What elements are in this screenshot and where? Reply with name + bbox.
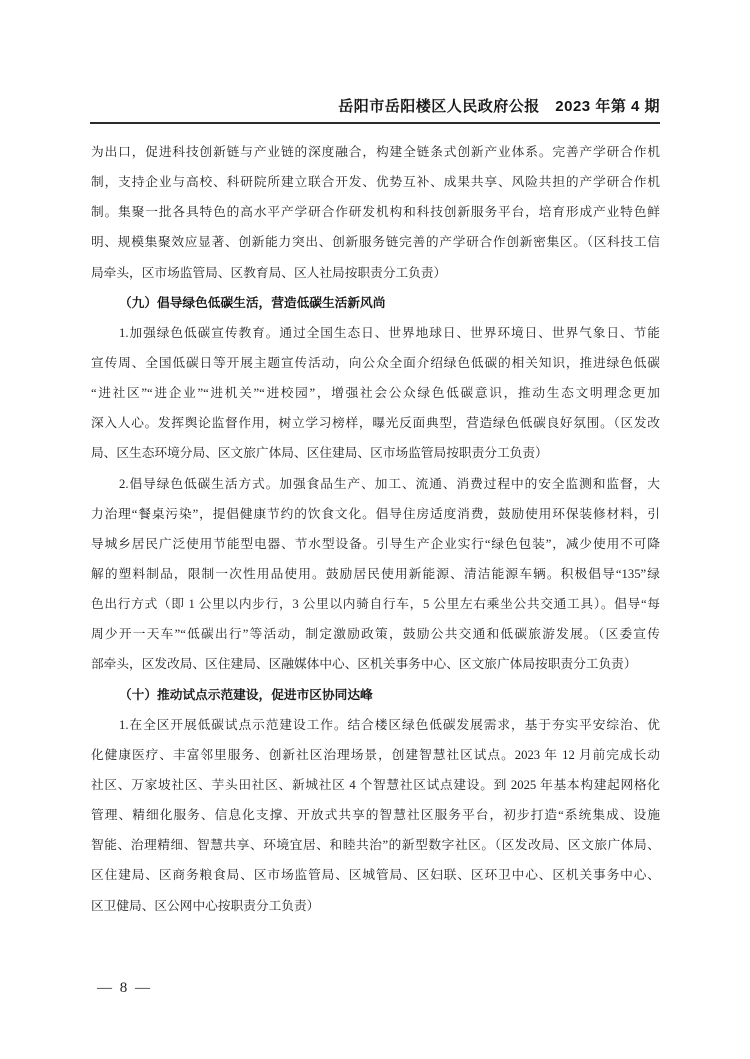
- text-line: 化健康医疗、丰富邻里服务、创新社区治理场景，创建智慧社区试点。2023 年 12…: [91, 740, 660, 770]
- text-line: “进社区”“进企业”“进机关”“进校园”，增强社会公众绿色低碳意识，推动生态文明…: [91, 378, 660, 408]
- text-line: 宣传周、全国低碳日等开展主题宣传活动，向公众全面介绍绿色低碳的相关知识，推进绿色…: [91, 348, 660, 378]
- text-line: 部牵头，区发改局、区住建局、区融媒体中心、区机关事务中心、区文旅广体局按职责分工…: [91, 649, 660, 679]
- page-header-title: 岳阳市岳阳楼区人民政府公报 2023 年第 4 期: [90, 98, 660, 116]
- text-line: 力治理“餐桌污染”，提倡健康节约的饮食文化。倡导住房适度消费，鼓励使用环保装修材…: [91, 499, 660, 529]
- text-line: 深入人心。发挥舆论监督作用，树立学习榜样，曝光反面典型，营造绿色低碳良好氛围。（…: [91, 408, 660, 438]
- text-line: 社区、万家坡社区、芋头田社区、新城社区 4 个智慧社区试点建设。到 2025 年…: [91, 770, 660, 800]
- text-line: 1.加强绿色低碳宣传教育。通过全国生态日、世界地球日、世界环境日、世界气象日、节…: [91, 318, 660, 348]
- text-line: 明、规模集聚效应显著、创新能力突出、创新服务链完善的产学研合作创新密集区。（区科…: [91, 227, 660, 257]
- text-line: 智能、治理精细、智慧共享、环境宜居、和睦共治”的新型数字社区。（区发改局、区文旅…: [91, 830, 660, 860]
- text-line: 解的塑料制品，限制一次性用品使用。鼓励居民使用新能源、清洁能源车辆。积极倡导“1…: [91, 559, 660, 589]
- text-line: （十）推动试点示范建设，促进市区协同达峰: [91, 680, 660, 710]
- text-line: 色出行方式（即 1 公里以内步行，3 公里以内骑自行车，5 公里左右乘坐公共交通…: [91, 589, 660, 619]
- text-line: 区住建局、区商务粮食局、区市场监管局、区城管局、区妇联、区环卫中心、区机关事务中…: [91, 860, 660, 890]
- text-line: 2.倡导绿色低碳生活方式。加强食品生产、加工、流通、消费过程中的安全监测和监督，…: [91, 469, 660, 499]
- text-line: 管理、精细化服务、信息化支撑、开放式共享的智慧社区服务平台，初步打造“系统集成、…: [91, 800, 660, 830]
- text-line: 局、区生态环境分局、区文旅广体局、区住建局、区市场监管局按职责分工负责）: [91, 438, 660, 468]
- text-line: 导城乡居民广泛使用节能型电器、节水型设备。引导生产企业实行“绿色包装”，减少使用…: [91, 529, 660, 559]
- text-line: 制。集聚一批各具特色的高水平产学研合作研发机构和科技创新服务平台，培育形成产业特…: [91, 197, 660, 227]
- gazette-page: 岳阳市岳阳楼区人民政府公报 2023 年第 4 期 为出口，促进科技创新链与产业…: [0, 0, 750, 1059]
- text-line: 1.在全区开展低碳试点示范建设工作。结合楼区绿色低碳发展需求，基于夯实平安综治、…: [91, 710, 660, 740]
- text-line: 为出口，促进科技创新链与产业链的深度融合，构建全链条式创新产业体系。完善产学研合…: [91, 137, 660, 167]
- text-line: 制，支持企业与高校、科研院所建立联合开发、优势互补、成果共享、风险共担的产学研合…: [91, 167, 660, 197]
- text-line: （九）倡导绿色低碳生活，营造低碳生活新风尚: [91, 288, 660, 318]
- text-line: 局牵头，区市场监管局、区教育局、区人社局按职责分工负责）: [91, 258, 660, 288]
- page-number: — 8 —: [97, 980, 152, 997]
- header-rule: [90, 122, 660, 124]
- document-lines: 为出口，促进科技创新链与产业链的深度融合，构建全链条式创新产业体系。完善产学研合…: [91, 137, 660, 921]
- text-line: 周少开一天车”“低碳出行”等活动，制定激励政策，鼓励公共交通和低碳旅游发展。（区…: [91, 619, 660, 649]
- text-line: 区卫健局、区公网中心按职责分工负责）: [91, 891, 660, 921]
